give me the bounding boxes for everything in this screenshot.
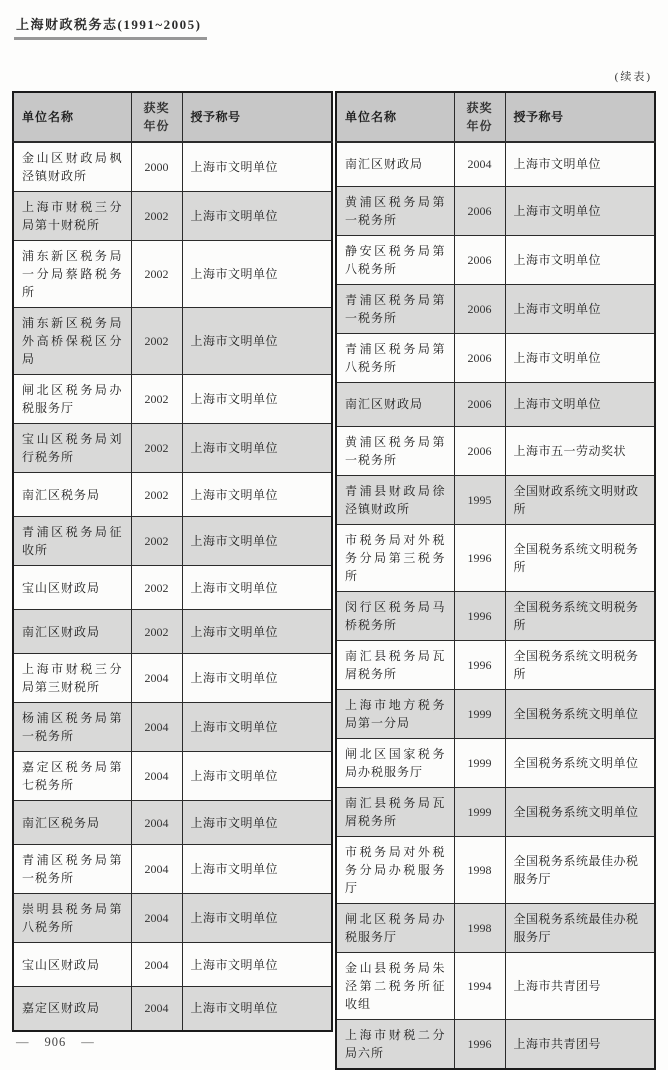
col-header-conferred-title: 授予称号 (182, 92, 332, 142)
award-year-cell: 2006 (454, 284, 505, 333)
table-row: 杨浦区税务局第一税务所 2004 上海市文明单位 (13, 703, 332, 752)
unit-name-cell: 金山县税务局朱泾第二税务所征收组 (336, 952, 454, 1019)
conferred-title-cell: 上海市文明单位 (505, 382, 655, 426)
unit-name-cell: 南汇县税务局瓦屑税务所 (336, 787, 454, 836)
unit-name-cell: 黄浦区税务局第一税务所 (336, 426, 454, 475)
conferred-title-cell: 上海市文明单位 (182, 845, 332, 894)
table-row: 金山县税务局朱泾第二税务所征收组 1994 上海市共青团号 (336, 952, 655, 1019)
table-row: 浦东新区税务局外高桥保税区分局 2002 上海市文明单位 (13, 308, 332, 375)
unit-name-cell: 青浦区税务局第一税务所 (336, 284, 454, 333)
table-row: 南汇区税务局 2002 上海市文明单位 (13, 473, 332, 517)
table-row: 浦东新区税务局一分局蔡路税务所 2002 上海市文明单位 (13, 241, 332, 308)
unit-name-cell: 上海市地方税务局第一分局 (336, 689, 454, 738)
table-row: 南汇区税务局 2004 上海市文明单位 (13, 801, 332, 845)
unit-name-cell: 宝山区税务局刘行税务所 (13, 424, 131, 473)
conferred-title-cell: 上海市共青团号 (505, 952, 655, 1019)
table-row: 南汇区财政局 2002 上海市文明单位 (13, 610, 332, 654)
conferred-title-cell: 上海市文明单位 (182, 987, 332, 1031)
award-year-cell: 1996 (454, 524, 505, 591)
conferred-title-cell: 上海市文明单位 (182, 752, 332, 801)
award-year-cell: 2004 (131, 752, 182, 801)
table-row: 南汇县税务局瓦屑税务所 1999 全国税务系统文明单位 (336, 787, 655, 836)
unit-name-cell: 青浦县财政局徐泾镇财政所 (336, 475, 454, 524)
conferred-title-cell: 上海市文明单位 (505, 333, 655, 382)
table-row: 青浦区税务局第八税务所 2006 上海市文明单位 (336, 333, 655, 382)
unit-name-cell: 上海市财税三分局第十财税所 (13, 192, 131, 241)
table-row: 青浦区税务局第一税务所 2006 上海市文明单位 (336, 284, 655, 333)
award-year-cell: 2000 (131, 142, 182, 192)
col-header-unit-name: 单位名称 (336, 92, 454, 142)
table-row: 黄浦区税务局第一税务所 2006 上海市文明单位 (336, 186, 655, 235)
continued-table-note: (续表) (12, 68, 652, 84)
conferred-title-cell: 上海市文明单位 (182, 654, 332, 703)
table-body-left: 金山区财政局枫泾镇财政所 2000 上海市文明单位 上海市财税三分局第十财税所 … (13, 142, 332, 1031)
unit-name-cell: 南汇县税务局瓦屑税务所 (336, 640, 454, 689)
conferred-title-cell: 上海市文明单位 (182, 610, 332, 654)
table-row: 市税务局对外税务分局第三税务所 1996 全国税务系统文明税务所 (336, 524, 655, 591)
table-row: 宝山区财政局 2004 上海市文明单位 (13, 943, 332, 987)
award-year-cell: 2002 (131, 473, 182, 517)
unit-name-cell: 浦东新区税务局外高桥保税区分局 (13, 308, 131, 375)
conferred-title-cell: 全国税务系统文明单位 (505, 787, 655, 836)
award-year-cell: 1998 (454, 836, 505, 903)
unit-name-cell: 嘉定区税务局第七税务所 (13, 752, 131, 801)
award-year-cell: 2002 (131, 610, 182, 654)
unit-name-cell: 上海市财税三分局第三财税所 (13, 654, 131, 703)
table-body-right: 南汇区财政局 2004 上海市文明单位 黄浦区税务局第一税务所 2006 上海市… (336, 142, 655, 1069)
table-row: 青浦区税务局征收所 2002 上海市文明单位 (13, 517, 332, 566)
conferred-title-cell: 上海市文明单位 (182, 308, 332, 375)
conferred-title-cell: 上海市共青团号 (505, 1019, 655, 1069)
header-row: 单位名称 获奖年份 授予称号 (13, 92, 332, 142)
award-year-cell: 2002 (131, 517, 182, 566)
table-row: 闸北区税务局办税服务厅 2002 上海市文明单位 (13, 375, 332, 424)
col-header-unit-name: 单位名称 (13, 92, 131, 142)
table-row: 闸北区国家税务局办税服务厅 1999 全国税务系统文明单位 (336, 738, 655, 787)
unit-name-cell: 青浦区税务局第八税务所 (336, 333, 454, 382)
award-year-cell: 2004 (131, 845, 182, 894)
page-number: 906 (45, 1035, 67, 1050)
unit-name-cell: 青浦区税务局征收所 (13, 517, 131, 566)
awards-table-left: 单位名称 获奖年份 授予称号 金山区财政局枫泾镇财政所 2000 上海市文明单位… (12, 91, 333, 1032)
conferred-title-cell: 上海市文明单位 (182, 943, 332, 987)
conferred-title-cell: 上海市文明单位 (505, 186, 655, 235)
conferred-title-cell: 上海市文明单位 (182, 703, 332, 752)
conferred-title-cell: 上海市文明单位 (182, 801, 332, 845)
unit-name-cell: 闸北区税务局办税服务厅 (336, 903, 454, 952)
award-year-cell: 2004 (131, 654, 182, 703)
conferred-title-cell: 上海市文明单位 (505, 284, 655, 333)
award-year-cell: 1996 (454, 591, 505, 640)
table-row: 上海市财税三分局第三财税所 2004 上海市文明单位 (13, 654, 332, 703)
table-header: 单位名称 获奖年份 授予称号 (336, 92, 655, 142)
award-year-cell: 2004 (131, 987, 182, 1031)
unit-name-cell: 闸北区国家税务局办税服务厅 (336, 738, 454, 787)
footer-dash-left: — (16, 1035, 30, 1050)
conferred-title-cell: 上海市五一劳动奖状 (505, 426, 655, 475)
conferred-title-cell: 上海市文明单位 (182, 375, 332, 424)
unit-name-cell: 南汇区财政局 (336, 142, 454, 186)
award-year-cell: 2004 (131, 894, 182, 943)
unit-name-cell: 嘉定区财政局 (13, 987, 131, 1031)
unit-name-cell: 杨浦区税务局第一税务所 (13, 703, 131, 752)
award-year-cell: 2004 (131, 943, 182, 987)
table-row: 南汇区财政局 2006 上海市文明单位 (336, 382, 655, 426)
awards-table-pair: 单位名称 获奖年份 授予称号 金山区财政局枫泾镇财政所 2000 上海市文明单位… (12, 91, 656, 1070)
table-row: 闵行区税务局马桥税务所 1996 全国税务系统文明税务所 (336, 591, 655, 640)
table-row: 嘉定区税务局第七税务所 2004 上海市文明单位 (13, 752, 332, 801)
conferred-title-cell: 上海市文明单位 (505, 235, 655, 284)
award-year-cell: 2006 (454, 186, 505, 235)
award-year-cell: 2004 (131, 703, 182, 752)
award-year-cell: 2006 (454, 382, 505, 426)
award-year-cell: 1999 (454, 689, 505, 738)
conferred-title-cell: 上海市文明单位 (182, 142, 332, 192)
conferred-title-cell: 全国税务系统最佳办税服务厅 (505, 836, 655, 903)
table-row: 宝山区税务局刘行税务所 2002 上海市文明单位 (13, 424, 332, 473)
award-year-cell: 1995 (454, 475, 505, 524)
col-header-award-year: 获奖年份 (131, 92, 182, 142)
conferred-title-cell: 全国税务系统文明税务所 (505, 640, 655, 689)
unit-name-cell: 上海市财税二分局六所 (336, 1019, 454, 1069)
award-year-cell: 2002 (131, 375, 182, 424)
awards-table-right: 单位名称 获奖年份 授予称号 南汇区财政局 2004 上海市文明单位 黄浦区税务… (335, 91, 656, 1070)
conferred-title-cell: 上海市文明单位 (182, 424, 332, 473)
conferred-title-cell: 上海市文明单位 (182, 192, 332, 241)
conferred-title-cell: 全国财政系统文明财政所 (505, 475, 655, 524)
conferred-title-cell: 上海市文明单位 (182, 473, 332, 517)
col-header-award-year: 获奖年份 (454, 92, 505, 142)
table-row: 上海市财税二分局六所 1996 上海市共青团号 (336, 1019, 655, 1069)
footer-dash-right: — (81, 1035, 95, 1050)
unit-name-cell: 闸北区税务局办税服务厅 (13, 375, 131, 424)
unit-name-cell: 市税务局对外税务分局办税服务厅 (336, 836, 454, 903)
table-row: 南汇区财政局 2004 上海市文明单位 (336, 142, 655, 186)
award-year-cell: 2002 (131, 241, 182, 308)
award-year-cell: 1999 (454, 738, 505, 787)
table-row: 南汇县税务局瓦屑税务所 1996 全国税务系统文明税务所 (336, 640, 655, 689)
table-row: 上海市财税三分局第十财税所 2002 上海市文明单位 (13, 192, 332, 241)
table-header: 单位名称 获奖年份 授予称号 (13, 92, 332, 142)
table-row: 青浦县财政局徐泾镇财政所 1995 全国财政系统文明财政所 (336, 475, 655, 524)
book-title: 上海财政税务志(1991~2005) (14, 14, 207, 40)
unit-name-cell: 青浦区税务局第一税务所 (13, 845, 131, 894)
award-year-cell: 2002 (131, 192, 182, 241)
conferred-title-cell: 上海市文明单位 (182, 517, 332, 566)
conferred-title-cell: 上海市文明单位 (182, 894, 332, 943)
award-year-cell: 1994 (454, 952, 505, 1019)
table-row: 上海市地方税务局第一分局 1999 全国税务系统文明单位 (336, 689, 655, 738)
table-row: 金山区财政局枫泾镇财政所 2000 上海市文明单位 (13, 142, 332, 192)
award-year-cell: 2002 (131, 308, 182, 375)
award-year-cell: 2006 (454, 235, 505, 284)
conferred-title-cell: 全国税务系统文明单位 (505, 689, 655, 738)
header-row: 单位名称 获奖年份 授予称号 (336, 92, 655, 142)
unit-name-cell: 宝山区财政局 (13, 566, 131, 610)
table-row: 黄浦区税务局第一税务所 2006 上海市五一劳动奖状 (336, 426, 655, 475)
award-year-cell: 2006 (454, 333, 505, 382)
unit-name-cell: 金山区财政局枫泾镇财政所 (13, 142, 131, 192)
conferred-title-cell: 上海市文明单位 (182, 241, 332, 308)
table-row: 青浦区税务局第一税务所 2004 上海市文明单位 (13, 845, 332, 894)
award-year-cell: 2002 (131, 566, 182, 610)
page-number-footer: — 906 — (16, 1035, 95, 1050)
conferred-title-cell: 全国税务系统文明单位 (505, 738, 655, 787)
document-page: 上海财政税务志(1991~2005) (续表) 单位名称 获奖年份 授予称号 金… (0, 0, 668, 1070)
table-row: 闸北区税务局办税服务厅 1998 全国税务系统最佳办税服务厅 (336, 903, 655, 952)
table-row: 市税务局对外税务分局办税服务厅 1998 全国税务系统最佳办税服务厅 (336, 836, 655, 903)
award-year-cell: 1996 (454, 1019, 505, 1069)
unit-name-cell: 黄浦区税务局第一税务所 (336, 186, 454, 235)
award-year-cell: 2004 (131, 801, 182, 845)
conferred-title-cell: 上海市文明单位 (182, 566, 332, 610)
unit-name-cell: 宝山区财政局 (13, 943, 131, 987)
table-row: 嘉定区财政局 2004 上海市文明单位 (13, 987, 332, 1031)
conferred-title-cell: 全国税务系统最佳办税服务厅 (505, 903, 655, 952)
conferred-title-cell: 上海市文明单位 (505, 142, 655, 186)
unit-name-cell: 南汇区财政局 (13, 610, 131, 654)
unit-name-cell: 崇明县税务局第八税务所 (13, 894, 131, 943)
award-year-cell: 1999 (454, 787, 505, 836)
unit-name-cell: 市税务局对外税务分局第三税务所 (336, 524, 454, 591)
award-year-cell: 2006 (454, 426, 505, 475)
table-row: 宝山区财政局 2002 上海市文明单位 (13, 566, 332, 610)
conferred-title-cell: 全国税务系统文明税务所 (505, 591, 655, 640)
table-row: 静安区税务局第八税务所 2006 上海市文明单位 (336, 235, 655, 284)
unit-name-cell: 南汇区税务局 (13, 801, 131, 845)
table-row: 崇明县税务局第八税务所 2004 上海市文明单位 (13, 894, 332, 943)
col-header-conferred-title: 授予称号 (505, 92, 655, 142)
award-year-cell: 2002 (131, 424, 182, 473)
unit-name-cell: 南汇区财政局 (336, 382, 454, 426)
award-year-cell: 2004 (454, 142, 505, 186)
award-year-cell: 1998 (454, 903, 505, 952)
unit-name-cell: 南汇区税务局 (13, 473, 131, 517)
unit-name-cell: 浦东新区税务局一分局蔡路税务所 (13, 241, 131, 308)
award-year-cell: 1996 (454, 640, 505, 689)
unit-name-cell: 静安区税务局第八税务所 (336, 235, 454, 284)
unit-name-cell: 闵行区税务局马桥税务所 (336, 591, 454, 640)
conferred-title-cell: 全国税务系统文明税务所 (505, 524, 655, 591)
